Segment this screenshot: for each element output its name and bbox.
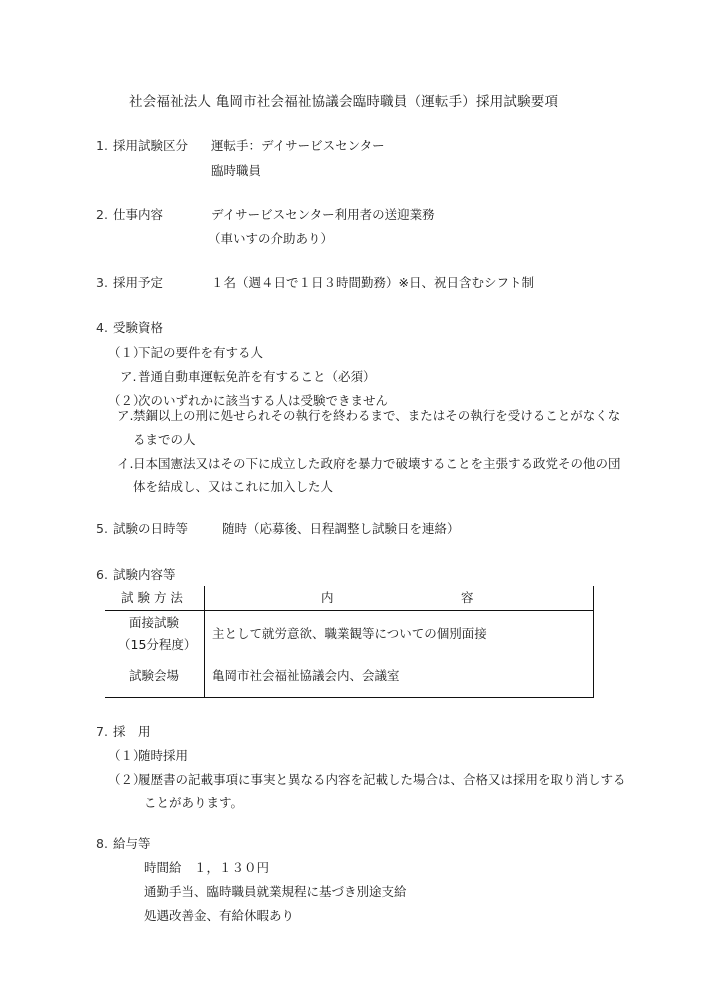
item-text: 禁錮以上の刑に処せられその執行を終わるまで、またはその執行を受けることがなくな [133,410,620,423]
document-title: 社会福祉法人 亀岡市社会福祉協議会臨時職員（運転手）採用試験要項 [129,96,558,110]
section-heading: 受験資格 [113,322,163,335]
section-line: デイサービスセンター利用者の送迎業務 [211,209,435,222]
item-text: 普通自動車運転免許を有すること（必須） [138,371,376,384]
section-heading: 仕事内容 [113,209,163,222]
table-header-method: 試 験 方 法 [121,592,183,605]
item-label: イ. [117,458,133,471]
section-number: 7. [96,726,108,739]
table-cell-content: 主として就労意欲、職業観等についての個別面接 [212,628,487,641]
section-number: 8. [96,838,108,851]
item-label: ア. [120,371,136,384]
section-line: 運転手：デイサービスセンター [211,140,385,153]
item-continuation: ことがあります。 [144,797,243,810]
table-cell-method: 試験会場 [129,670,179,683]
section-number: 2. [96,209,108,222]
wage-line: 時間給 １，１３０円 [144,862,269,875]
section-heading: 採用試験区分 [113,140,188,153]
item-text: 次のいずれかに該当する人は受験できません [138,395,388,408]
section-heading: 採用予定 [113,277,163,290]
section-heading: 試験内容等 [113,569,176,582]
table-header-content-2: 容 [461,592,474,605]
section-line: 臨時職員 [211,165,261,178]
item-label: ア. [117,410,133,423]
item-continuation: 体を結成し、又はこれに加入した人 [133,481,333,494]
table-border-right [593,586,594,698]
section-number: 4. [96,322,108,335]
item-continuation: るまでの人 [133,434,196,447]
section-line: １名（週４日で１日３時間勤務）※日、祝日含むシフト制 [211,277,534,290]
section-number: 5. [96,523,108,536]
section-number: 6. [96,569,108,582]
section-heading: 採 用 [113,726,151,739]
table-cell-content: 亀岡市社会福祉協議会内、会議室 [212,670,400,683]
table-cell-method: 面接試験 [129,617,179,630]
table-border-bottom [105,697,594,698]
benefits-line: 処遇改善金、有給休暇あり [144,910,294,923]
table-header-underline [105,610,594,611]
table-cell-method-sub: （15分程度） [118,639,196,652]
table-header-content-1: 内 [321,592,334,605]
item-text: 履歴書の記載事項に事実と異なる内容を記載した場合は、合格又は採用を取り消しする [138,774,626,787]
item-text: 随時採用 [138,750,188,763]
item-text: 日本国憲法又はその下に成立した政府を暴力で破壊することを主張する政党その他の団 [133,458,621,471]
section-heading: 給与等 [113,838,151,851]
table-divider-vertical [204,586,205,698]
section-number: 1. [96,140,108,153]
section-line: （車いすの介助あり） [208,233,333,246]
section-line: 随時（応募後、日程調整し試験日を連絡） [222,523,460,536]
item-text: 下記の要件を有する人 [138,347,263,360]
section-number: 3. [96,277,108,290]
section-heading: 試験の日時等 [113,523,188,536]
allowance-line: 通勤手当、臨時職員就業規程に基づき別途支給 [144,886,407,899]
